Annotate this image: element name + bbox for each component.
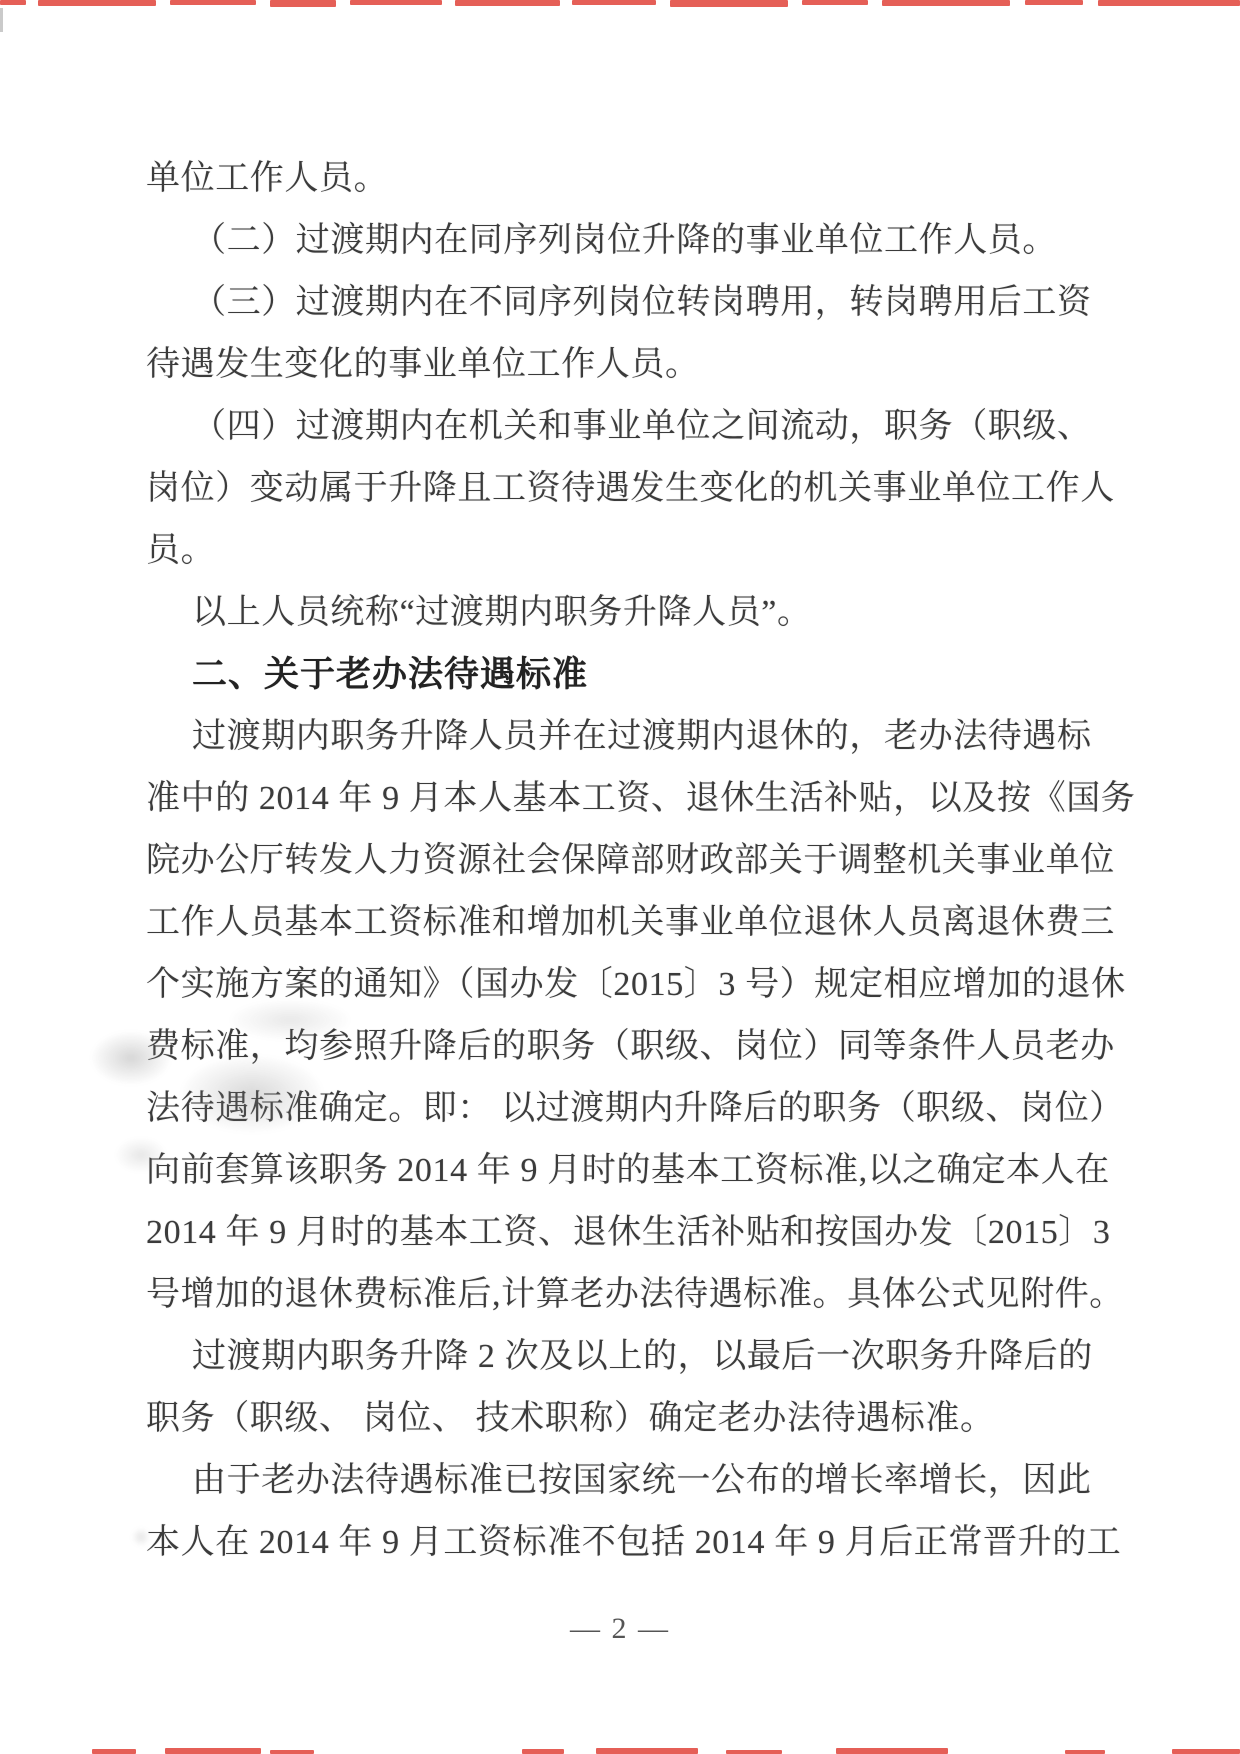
text-line: 院办公厅转发人力资源社会保障部财政部关于调整机关事业单位 <box>146 830 1122 892</box>
scan-artifact-bottom-edge <box>0 1744 1240 1754</box>
text-line: （四）过渡期内在机关和事业单位之间流动，职务（职级、 <box>146 396 1122 458</box>
text-line: 岗位）变动属于升降且工资待遇发生变化的机关事业单位工作人 <box>146 458 1122 520</box>
text-line: 过渡期内职务升降人员并在过渡期内退休的，老办法待遇标 <box>146 706 1122 768</box>
text-line: 法待遇标准确定。即： 以过渡期内升降后的职务（职级、岗位） <box>146 1078 1122 1140</box>
document-page: 单位工作人员。（二）过渡期内在同序列岗位升降的事业单位工作人员。（三）过渡期内在… <box>0 0 1240 1754</box>
page-number: — 2 — <box>0 1612 1240 1646</box>
text-line: （三）过渡期内在不同序列岗位转岗聘用，转岗聘用后工资 <box>146 272 1122 334</box>
section-heading: 二、关于老办法待遇标准 <box>146 644 1122 706</box>
text-line: 单位工作人员。 <box>146 148 1122 210</box>
scan-artifact-left-tick <box>0 8 3 32</box>
text-line: 职务（职级、 岗位、 技术职称）确定老办法待遇标准。 <box>146 1388 1122 1450</box>
text-line: 本人在 2014 年 9 月工资标准不包括 2014 年 9 月后正常晋升的工 <box>146 1512 1122 1574</box>
text-line: 个实施方案的通知》（国办发〔2015〕3 号）规定相应增加的退休 <box>146 954 1122 1016</box>
scan-artifact-top-edge <box>0 0 1240 10</box>
document-body: 单位工作人员。（二）过渡期内在同序列岗位升降的事业单位工作人员。（三）过渡期内在… <box>146 148 1122 1574</box>
text-line: 向前套算该职务 2014 年 9 月时的基本工资标准,以之确定本人在 <box>146 1140 1122 1202</box>
text-line: 待遇发生变化的事业单位工作人员。 <box>146 334 1122 396</box>
text-line: 费标准，均参照升降后的职务（职级、岗位）同等条件人员老办 <box>146 1016 1122 1078</box>
text-line: 过渡期内职务升降 2 次及以上的，以最后一次职务升降后的 <box>146 1326 1122 1388</box>
text-line: 由于老办法待遇标准已按国家统一公布的增长率增长，因此 <box>146 1450 1122 1512</box>
text-line: （二）过渡期内在同序列岗位升降的事业单位工作人员。 <box>146 210 1122 272</box>
text-line: 准中的 2014 年 9 月本人基本工资、退休生活补贴，以及按《国务 <box>146 768 1122 830</box>
text-line: 2014 年 9 月时的基本工资、退休生活补贴和按国办发〔2015〕3 <box>146 1202 1122 1264</box>
text-line: 号增加的退休费标准后,计算老办法待遇标准。具体公式见附件。 <box>146 1264 1122 1326</box>
text-line: 工作人员基本工资标准和增加机关事业单位退休人员离退休费三 <box>146 892 1122 954</box>
text-line: 员。 <box>146 520 1122 582</box>
text-line: 以上人员统称“过渡期内职务升降人员”。 <box>146 582 1122 644</box>
